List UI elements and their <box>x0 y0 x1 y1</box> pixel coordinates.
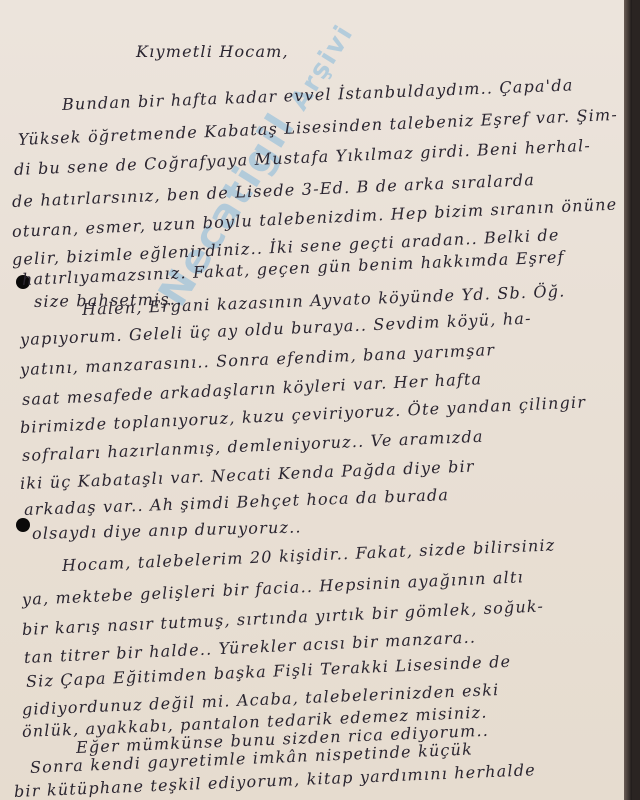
punch-hole-icon <box>16 518 30 532</box>
letter-page: NecatigilArşivi Kıymetli Hocam, Bundan b… <box>0 0 632 800</box>
letter-line: olsaydı diye anıp duruyoruz.. <box>32 517 302 543</box>
page-edge-shadow <box>624 0 632 800</box>
salutation: Kıymetli Hocam, <box>136 42 289 61</box>
